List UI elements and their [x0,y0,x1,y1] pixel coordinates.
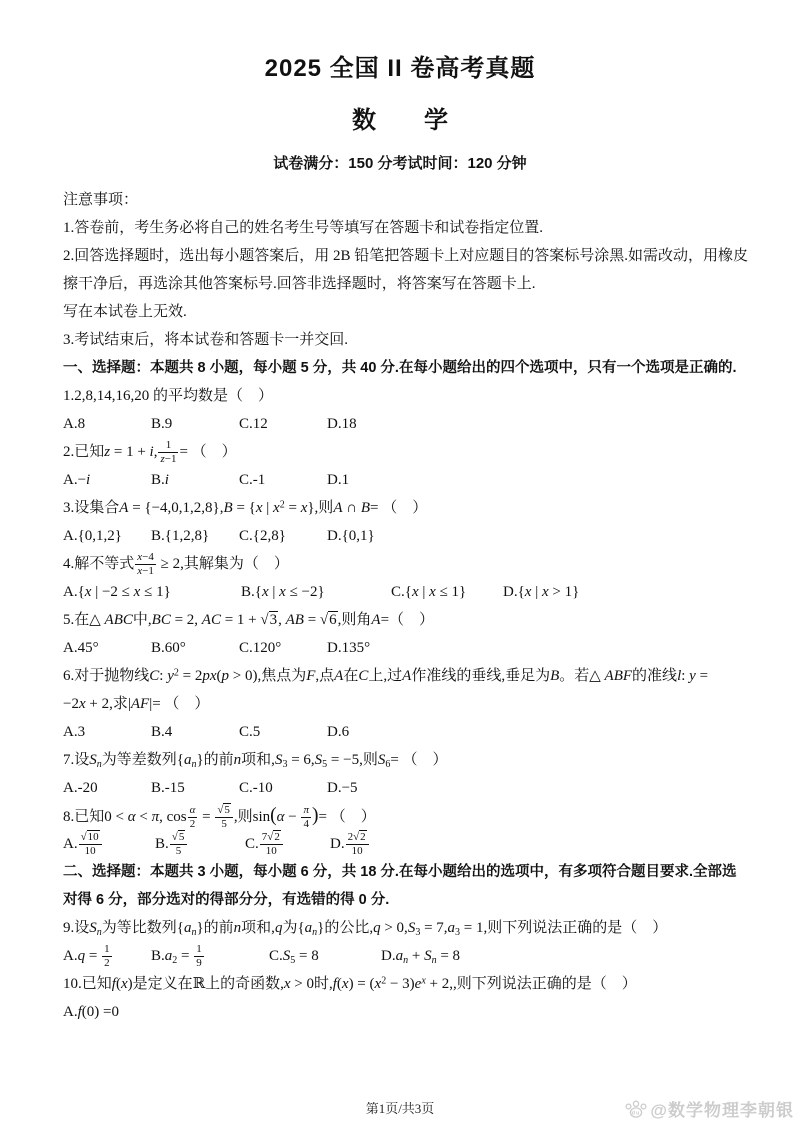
math-fraction: 12 [102,943,112,969]
notice-item-1: 1.答卷前，考生务必将自己的姓名考生号等填写在答题卡和试卷指定位置. [63,214,764,242]
option-A: A.45° [63,634,151,662]
math-radical: √5 [217,803,231,816]
exam-page: 2025 全国 II 卷高考真题 数 学 试卷满分：150 分考试时间：120 … [0,0,800,1131]
option-B: B.60° [151,634,239,662]
question-2-stem: 2.已知z = 1 + i,1z−1= （ ） [63,438,764,466]
question-3-stem: 3.设集合A = {−4,0,1,2,8},B = {x | x2 = x},则… [63,494,764,522]
watermark-text: @数学物理李朝银 [650,1096,794,1121]
option-C: C.{2,8} [239,522,327,550]
question-5-options: A.45°B.60°C.120°D.135° [63,634,370,662]
option-B: B.-15 [151,774,239,802]
option-C: C.-1 [239,466,327,494]
option-A: A.√1010 [63,830,155,858]
option-C: C.5 [239,718,327,746]
question-4-stem: 4.解不等式x−4x−1 ≥ 2,其解集为（ ） [63,550,764,578]
option-A: A.{x | −2 ≤ x ≤ 1} [63,578,241,606]
option-D: D.{x | x > 1} [503,578,579,606]
question-7-stem: 7.设Sn为等差数列{an}的前n项和,S3 = 6,S5 = −5,则S6= … [63,746,764,774]
section-1-heading: 一、选择题：本题共 8 小题，每小题 5 分，共 40 分.在每小题给出的四个选… [63,354,764,382]
question-8-stem: 8.已知0 < α < π, cosα2 = √55,则sin(α − π4)=… [63,802,764,830]
option-B: B.a2 = 19 [151,942,269,970]
notice-item-2-cont-2: 写在本试卷上无效. [63,298,764,326]
math-radical: √5 [172,830,186,843]
math-radical: √10 [81,830,100,843]
option-D: D.18 [327,410,357,438]
exam-body: 注意事项：1.答卷前，考生务必将自己的姓名考生号等填写在答题卡和试卷指定位置.2… [0,186,800,1026]
option-B: B.i [151,466,239,494]
math-fraction: 19 [194,943,204,969]
notice-heading: 注意事项： [63,186,764,214]
section-2-heading-line-2: 对得 6 分，部分选对的得部分分，有选错的得 0 分. [63,886,764,914]
question-8-options: A.√1010B.√55C.7√210D.2√210 [63,830,370,858]
math-fraction: √55 [215,804,233,830]
math-fraction: 1z−1 [158,439,178,465]
option-C: C.120° [239,634,327,662]
math-fraction: 7√210 [260,831,283,857]
option-D: D.{0,1} [327,522,375,550]
option-A: A.-20 [63,774,151,802]
question-10-stem: 10.已知f(x)是定义在ℝ上的奇函数,x > 0时,f(x) = (x2 − … [63,970,764,998]
question-2-options: A.−iB.iC.-1D.1 [63,466,349,494]
math-radical: √2 [353,830,367,843]
question-7-options: A.-20B.-15C.-10D.−5 [63,774,358,802]
question-1-stem: 1.2,8,14,16,20 的平均数是（ ） [63,382,764,410]
option-D: D.−5 [327,774,358,802]
math-radical: √3 [260,611,278,628]
option-C: C.{x | x ≤ 1} [391,578,503,606]
option-A: A.q = 12 [63,942,151,970]
watermark: du @数学物理李朝银 [624,1096,794,1121]
option-D: D.2√210 [330,830,370,858]
question-3-options: A.{0,1,2}B.{1,2,8}C.{2,8}D.{0,1} [63,522,375,550]
page-title: 2025 全国 II 卷高考真题 [0,54,800,84]
question-6-options: A.3B.4C.5D.6 [63,718,349,746]
math-radical: √2 [267,830,281,843]
option-A: A.8 [63,410,151,438]
math-fraction: π4 [301,804,311,830]
question-5-stem: 5.在△ ABC中,BC = 2, AC = 1 + √3, AB = √6,则… [63,606,764,634]
option-A: A.−i [63,466,151,494]
math-fraction: 2√210 [346,831,369,857]
option-B: B.9 [151,410,239,438]
question-4-options: A.{x | −2 ≤ x ≤ 1}B.{x | x ≤ −2}C.{x | x… [63,578,579,606]
math-fraction: α2 [188,804,198,830]
option-B: B.{1,2,8} [151,522,239,550]
question-6-stem-line-1: 6.对于抛物线C: y2 = 2px(p > 0),焦点为F,点A在C上,过A作… [63,662,764,690]
notice-item-3: 3.考试结束后，将本试卷和答题卡一并交回. [63,326,764,354]
question-6-stem-line-2: −2x + 2,求|AF|= （ ） [63,690,764,718]
option-D: D.135° [327,634,370,662]
option-C: C.S5 = 8 [269,942,381,970]
exam-meta: 试卷满分：150 分考试时间：120 分钟 [0,154,800,174]
math-fraction: √1010 [79,831,102,857]
math-fraction: √55 [170,831,188,857]
math-fraction: x−4x−1 [135,551,156,577]
option-B: B.√55 [155,830,245,858]
section-2-heading-line-1: 二、选择题：本题共 3 小题，每小题 6 分，共 18 分.在每小题给出的选项中… [63,858,764,886]
option-D: D.1 [327,466,349,494]
subject-title: 数 学 [0,106,800,136]
option-B: B.4 [151,718,239,746]
option-A: A.3 [63,718,151,746]
option-D: D.an + Sn = 8 [381,942,460,970]
option-D: D.6 [327,718,349,746]
svg-text:du: du [632,1110,641,1116]
option-C: C.12 [239,410,327,438]
option-A: A.{0,1,2} [63,522,151,550]
math-radical: √6 [320,611,338,628]
question-9-stem: 9.设Sn为等比数列{an}的前n项和,q为{an}的公比,q > 0,S3 =… [63,914,764,942]
option-C: C.7√210 [245,830,330,858]
paw-icon: du [624,1098,648,1120]
notice-item-2: 2.回答选择题时，选出每小题答案后，用 2B 铅笔把答题卡上对应题目的答案标号涂… [63,242,764,270]
option-B: B.{x | x ≤ −2} [241,578,391,606]
option-C: C.-10 [239,774,327,802]
question-1-options: A.8B.9C.12D.18 [63,410,357,438]
question-10-option-a: A.f(0) =0 [63,998,764,1026]
notice-item-2-cont-1: 擦干净后，再选涂其他答案标号.回答非选择题时，将答案写在答题卡上. [63,270,764,298]
question-9-options: A.q = 12B.a2 = 19C.S5 = 8D.an + Sn = 8 [63,942,460,970]
